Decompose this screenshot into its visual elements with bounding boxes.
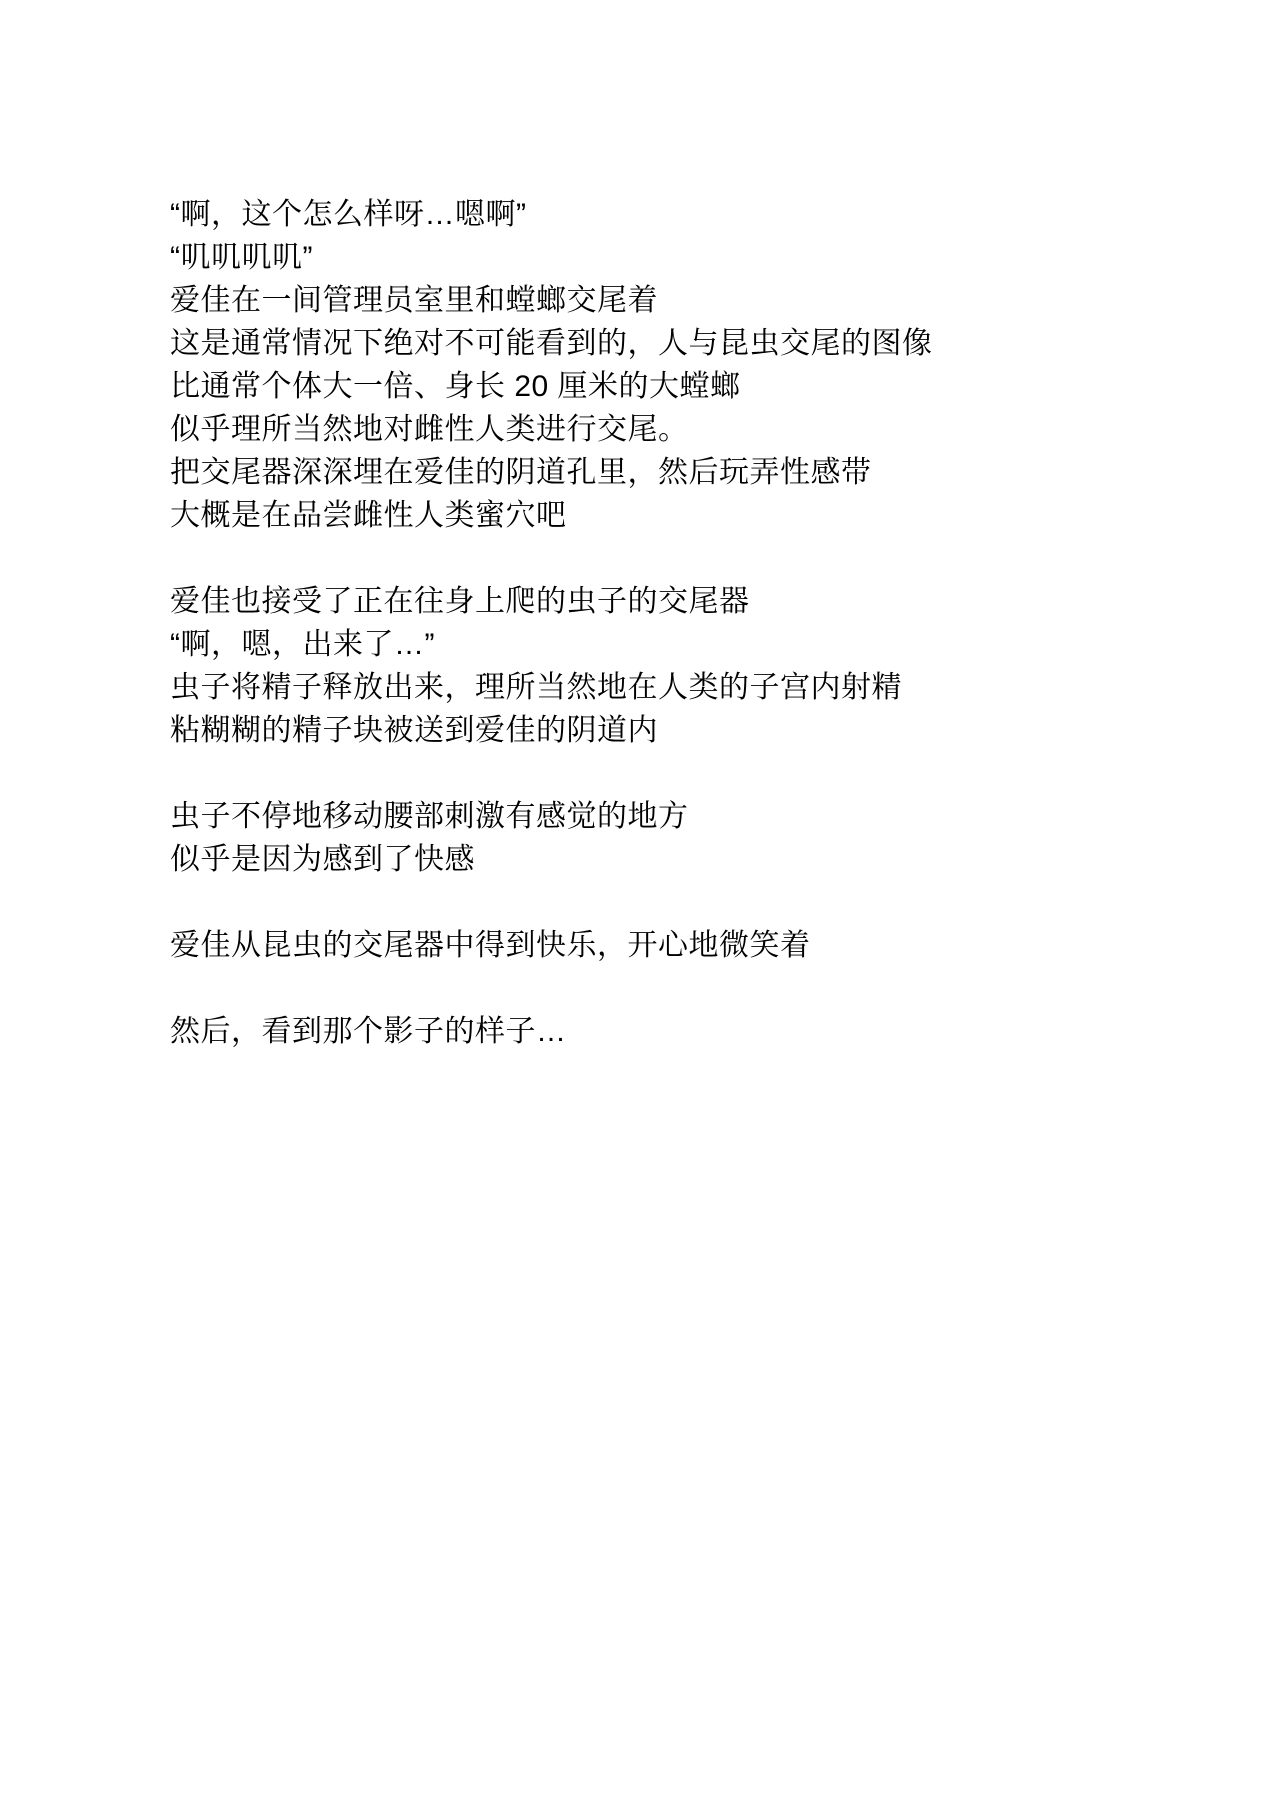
text-line-blank bbox=[170, 537, 1130, 580]
text-line: “啊，嗯，出来了…” bbox=[170, 623, 1130, 666]
text-line: 大概是在品尝雌性人类蜜穴吧 bbox=[170, 494, 1130, 537]
text-line-blank bbox=[170, 967, 1130, 1010]
text-line-blank bbox=[170, 881, 1130, 924]
text-line: 似乎理所当然地对雌性人类进行交尾。 bbox=[170, 408, 1130, 451]
text-line: 爱佳也接受了正在往身上爬的虫子的交尾器 bbox=[170, 580, 1130, 623]
text-line: 虫子将精子释放出来，理所当然地在人类的子宫内射精 bbox=[170, 666, 1130, 709]
text-line: 粘糊糊的精子块被送到爱佳的阴道内 bbox=[170, 709, 1130, 752]
text-line-blank bbox=[170, 752, 1130, 795]
text-line: 把交尾器深深埋在爱佳的阴道孔里，然后玩弄性感带 bbox=[170, 451, 1130, 494]
text-line: 虫子不停地移动腰部刺激有感觉的地方 bbox=[170, 795, 1130, 838]
text-line: 似乎是因为感到了快感 bbox=[170, 838, 1130, 881]
text-line: 比通常个体大一倍、身长 20 厘米的大螳螂 bbox=[170, 365, 1130, 408]
text-line: 然后，看到那个影子的样子… bbox=[170, 1010, 1130, 1053]
text-line: 这是通常情况下绝对不可能看到的，人与昆虫交尾的图像 bbox=[170, 322, 1130, 365]
text-line: 爱佳在一间管理员室里和螳螂交尾着 bbox=[170, 279, 1130, 322]
text-line: “叽叽叽叽” bbox=[170, 236, 1130, 279]
text-block: “啊，这个怎么样呀…嗯啊” “叽叽叽叽” 爱佳在一间管理员室里和螳螂交尾着 这是… bbox=[170, 193, 1130, 1053]
text-line: 爱佳从昆虫的交尾器中得到快乐，开心地微笑着 bbox=[170, 924, 1130, 967]
text-line: “啊，这个怎么样呀…嗯啊” bbox=[170, 193, 1130, 236]
document-page: “啊，这个怎么样呀…嗯啊” “叽叽叽叽” 爱佳在一间管理员室里和螳螂交尾着 这是… bbox=[0, 0, 1280, 1810]
